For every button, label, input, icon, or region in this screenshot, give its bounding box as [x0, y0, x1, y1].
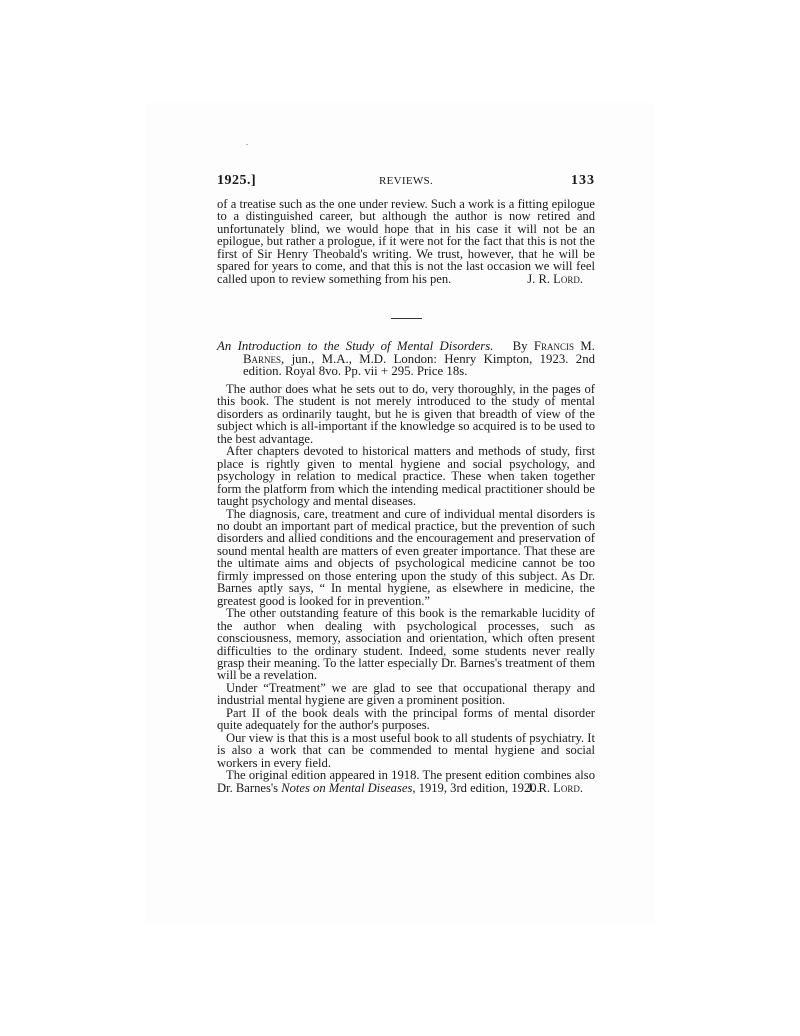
page-number: 133: [571, 173, 595, 189]
scan-speck: [246, 144, 248, 145]
review-body: The author does what he sets out to do, …: [217, 383, 595, 794]
running-head-section: REVIEWS.: [217, 175, 595, 187]
review-paragraph: After chapters devoted to historical mat…: [217, 445, 595, 507]
review-paragraph: The author does what he sets out to do, …: [217, 383, 595, 445]
review-citation: An Introduction to the Study of Mental D…: [217, 340, 595, 378]
review-paragraph: Part II of the book deals with the princ…: [217, 707, 595, 732]
review-paragraph: Our view is that this is a most useful b…: [217, 732, 595, 769]
section-divider: [391, 318, 422, 319]
running-head: 1925.] REVIEWS. 133: [217, 173, 595, 191]
citation-details: , jun., M.A., M.D. London: Henry Kimpton…: [243, 352, 595, 379]
cited-work-title: Notes on Mental Diseases: [281, 781, 412, 795]
review-paragraph: The diagnosis, care, treatment and cure …: [217, 508, 595, 608]
review-paragraph: The other outstanding feature of this bo…: [217, 607, 595, 682]
review-paragraph: Under “Treatment” we are glad to see tha…: [217, 682, 595, 707]
continued-review: of a treatise such as the one under revi…: [217, 198, 595, 285]
